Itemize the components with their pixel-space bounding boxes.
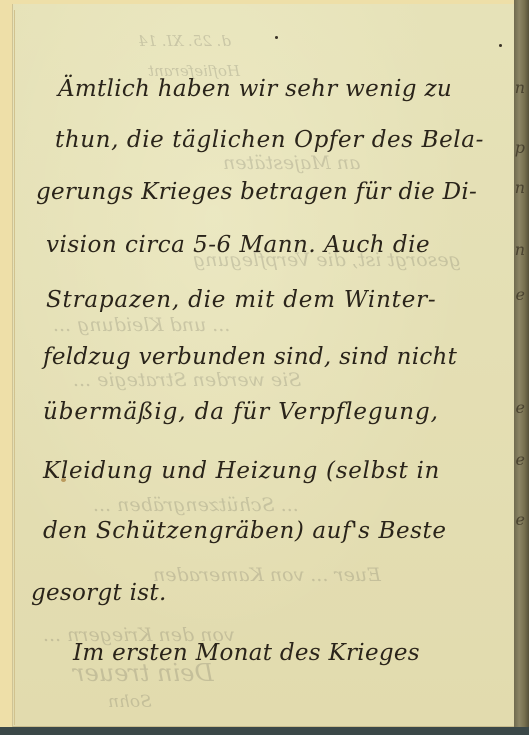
handwritten-line: vision circa 5-6 Mann. Auch die	[46, 232, 430, 258]
facing-page-fragment: e	[516, 510, 525, 529]
handwritten-line: Strapazen, die mit dem Winter-	[46, 287, 437, 313]
paper-stain	[61, 478, 66, 482]
bleed-through-text: an Majestäten	[223, 152, 360, 174]
page-edge-line	[14, 10, 15, 725]
handwritten-line: den Schützengräben) auf's Beste	[43, 518, 447, 544]
facing-page-fragment: n	[515, 178, 525, 197]
handwritten-line: Im ersten Monat des Krieges	[73, 640, 420, 666]
facing-page-fragment: p	[515, 138, 525, 157]
scan-bottom-edge	[0, 727, 529, 735]
bleed-through-text: Sohn	[108, 692, 152, 712]
facing-page-fragment: n	[515, 78, 525, 97]
letter-page: d. 25. XI. 14 Hoflieferant an Majestäten…	[12, 4, 515, 727]
ink-speck	[499, 44, 502, 47]
facing-page-fragment: n	[515, 240, 525, 259]
document-scan: d. 25. XI. 14 Hoflieferant an Majestäten…	[0, 0, 529, 735]
bleed-through-text: Sie werden Strategie ...	[73, 369, 301, 391]
bleed-through-date: d. 25. XI. 14	[138, 32, 231, 50]
facing-page-fragment: e	[516, 285, 525, 304]
bleed-through-text: ... und Kleidung ...	[53, 314, 230, 336]
binding-edge	[514, 0, 529, 735]
ink-speck	[275, 36, 278, 39]
bleed-through-text: Euer ... von Kameraden	[153, 564, 381, 586]
bleed-through-text: ... Schützengräben ...	[93, 494, 299, 516]
handwritten-line: Ämtlich haben wir sehr wenig zu	[58, 76, 452, 102]
handwritten-line: übermäßig, da für Verpflegung,	[43, 399, 439, 425]
facing-page-fragment: e	[516, 398, 525, 417]
handwritten-line: thun, die täglichen Opfer des Bela-	[55, 127, 484, 153]
handwritten-line: gesorgt ist.	[31, 580, 167, 606]
handwritten-line: Kleidung und Heizung (selbst in	[43, 458, 440, 484]
handwritten-line: gerungs Krieges betragen für die Di-	[36, 179, 477, 205]
handwritten-line: feldzug verbunden sind, sind nicht	[43, 344, 457, 370]
facing-page-fragment: e	[516, 450, 525, 469]
